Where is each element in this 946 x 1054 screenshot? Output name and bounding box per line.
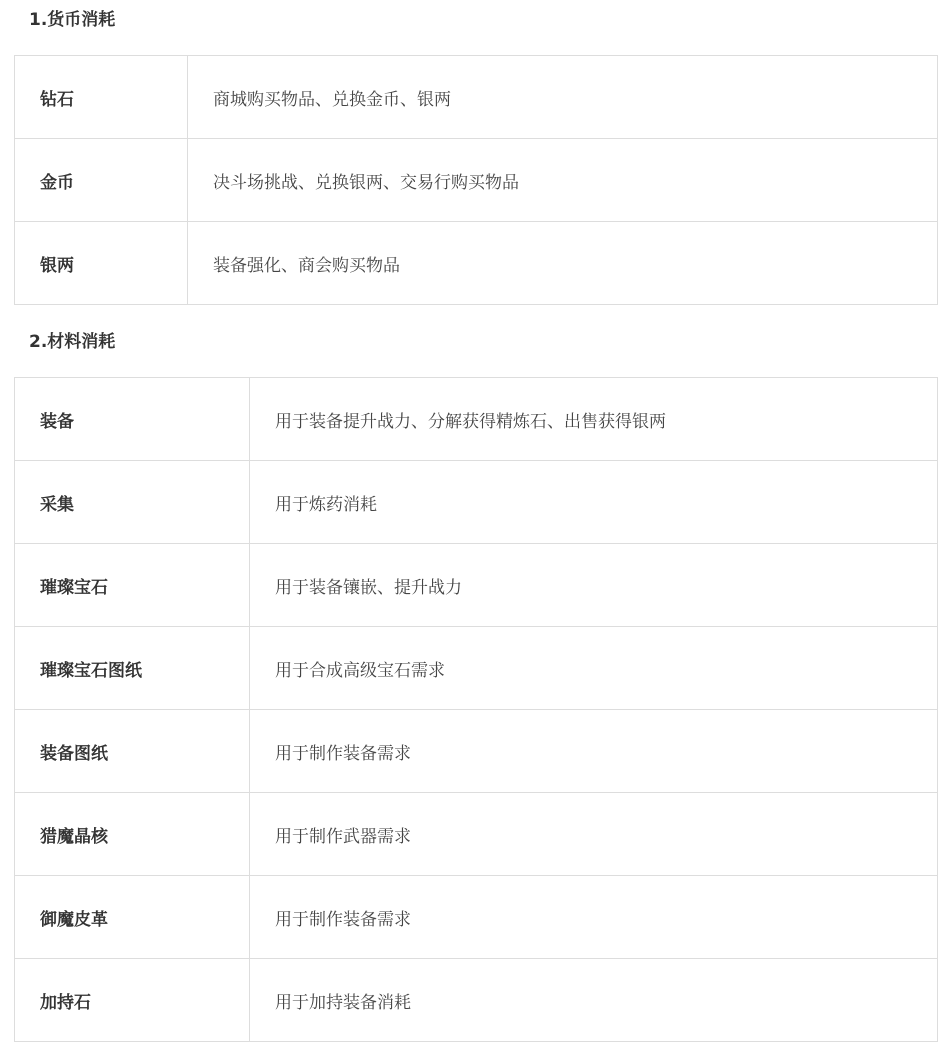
row-label: 御魔皮革: [15, 876, 250, 959]
row-label: 加持石: [15, 959, 250, 1042]
table-row: 璀璨宝石 用于装备镶嵌、提升战力: [15, 544, 938, 627]
table-row: 猎魔晶核 用于制作武器需求: [15, 793, 938, 876]
row-value: 用于制作装备需求: [250, 710, 938, 793]
table-row: 采集 用于炼药消耗: [15, 461, 938, 544]
row-value: 用于合成高级宝石需求: [250, 627, 938, 710]
row-value: 装备强化、商会购买物品: [188, 222, 938, 305]
row-value: 用于装备提升战力、分解获得精炼石、出售获得银两: [250, 378, 938, 461]
row-label: 银两: [15, 222, 188, 305]
table-row: 璀璨宝石图纸 用于合成高级宝石需求: [15, 627, 938, 710]
table-row: 金币 决斗场挑战、兑换银两、交易行购买物品: [15, 139, 938, 222]
currency-consumption-table: 钻石 商城购买物品、兑换金币、银两 金币 决斗场挑战、兑换银两、交易行购买物品 …: [14, 55, 938, 305]
table-row: 钻石 商城购买物品、兑换金币、银两: [15, 56, 938, 139]
table-row: 银两 装备强化、商会购买物品: [15, 222, 938, 305]
material-consumption-table: 装备 用于装备提升战力、分解获得精炼石、出售获得银两 采集 用于炼药消耗 璀璨宝…: [14, 377, 938, 1042]
table-row: 加持石 用于加持装备消耗: [15, 959, 938, 1042]
row-label: 采集: [15, 461, 250, 544]
row-label: 璀璨宝石: [15, 544, 250, 627]
row-label: 钻石: [15, 56, 188, 139]
table-row: 装备图纸 用于制作装备需求: [15, 710, 938, 793]
row-label: 装备图纸: [15, 710, 250, 793]
row-label: 金币: [15, 139, 188, 222]
row-value: 用于炼药消耗: [250, 461, 938, 544]
row-label: 璀璨宝石图纸: [15, 627, 250, 710]
row-value: 商城购买物品、兑换金币、银两: [188, 56, 938, 139]
row-value: 用于加持装备消耗: [250, 959, 938, 1042]
row-value: 用于制作装备需求: [250, 876, 938, 959]
row-value: 决斗场挑战、兑换银两、交易行购买物品: [188, 139, 938, 222]
section-title-currency: 1.货币消耗: [29, 10, 115, 30]
row-label: 装备: [15, 378, 250, 461]
row-label: 猎魔晶核: [15, 793, 250, 876]
section-title-materials: 2.材料消耗: [29, 332, 115, 352]
row-value: 用于装备镶嵌、提升战力: [250, 544, 938, 627]
table-row: 装备 用于装备提升战力、分解获得精炼石、出售获得银两: [15, 378, 938, 461]
table-row: 御魔皮革 用于制作装备需求: [15, 876, 938, 959]
row-value: 用于制作武器需求: [250, 793, 938, 876]
